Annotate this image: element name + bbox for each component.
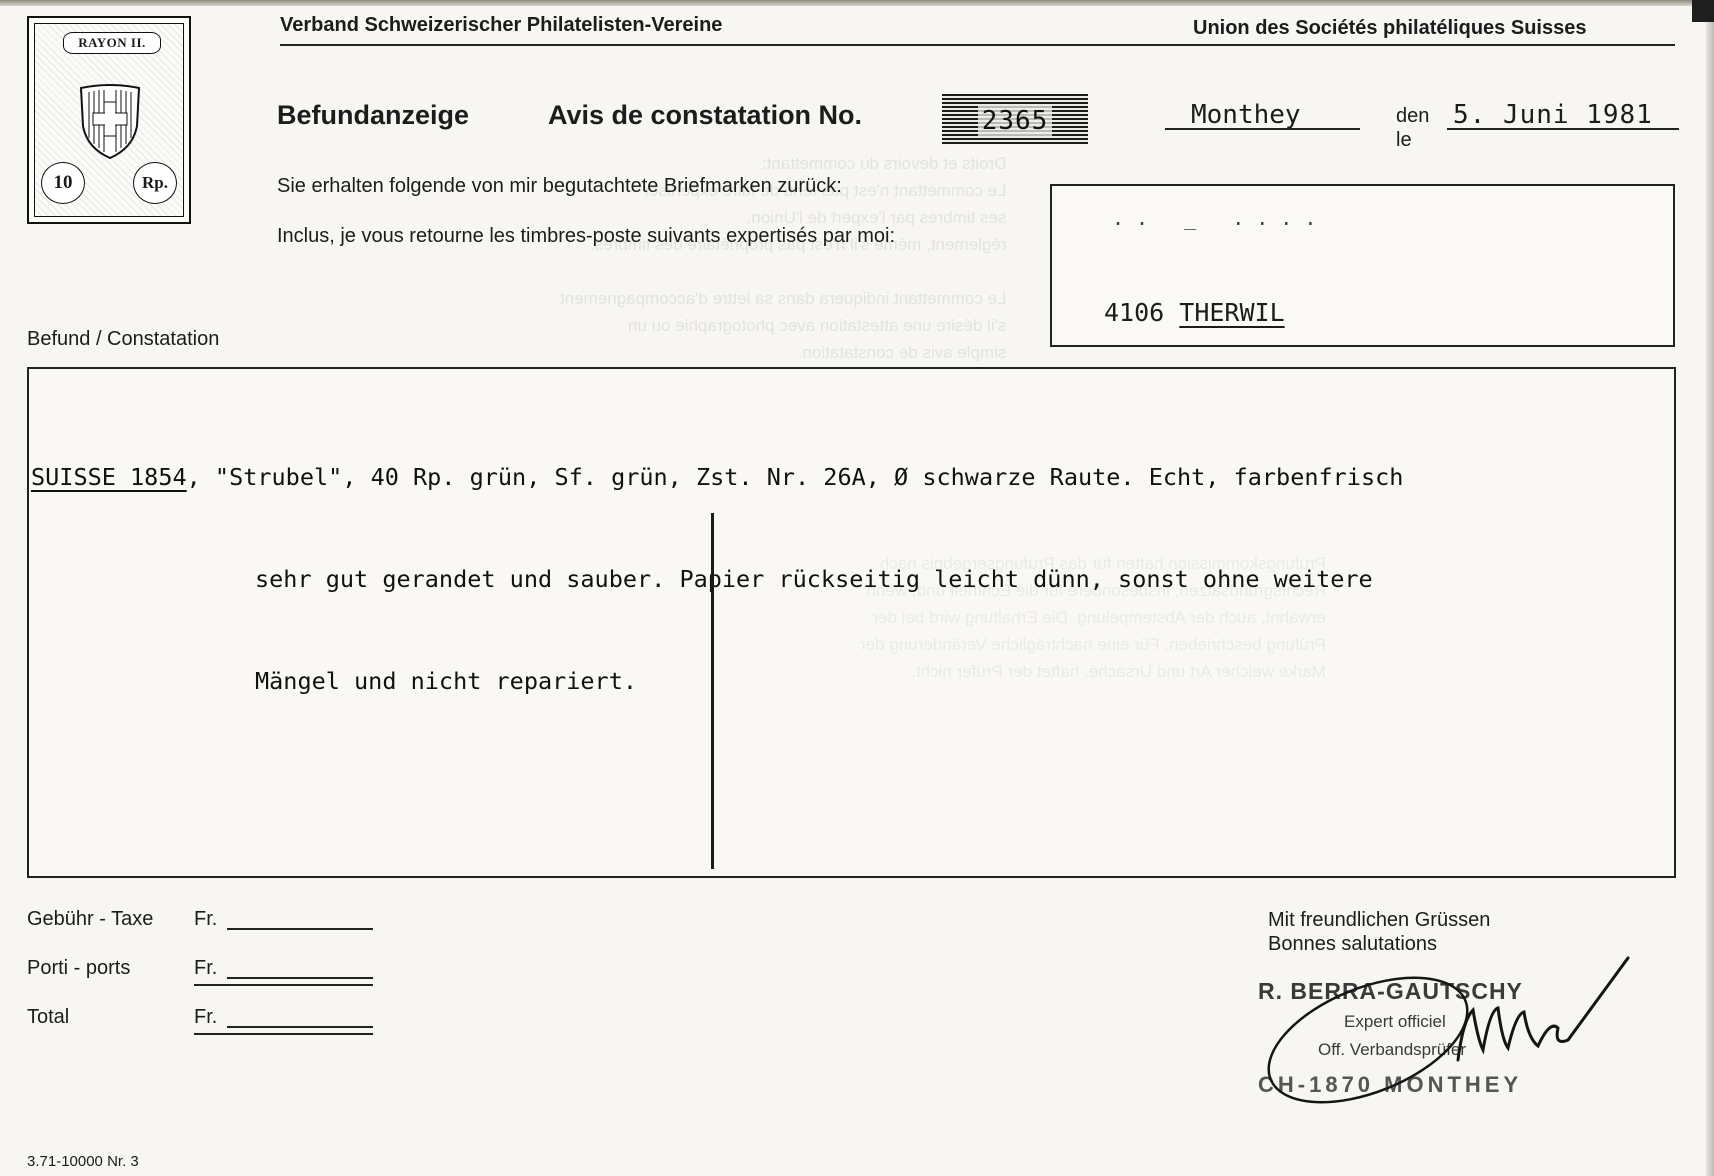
title-de: Befundanzeige [277, 100, 469, 131]
certificate-number: 2365 [942, 106, 1088, 136]
fee-underline [194, 984, 373, 986]
fee-row-taxe: Gebühr - Taxe Fr. [27, 908, 193, 931]
fee-label: Total [27, 1006, 193, 1029]
finding-label: Befund / Constatation [27, 328, 219, 351]
finding-line-3: Mängel und nicht repariert. [31, 664, 1403, 698]
scan-right-edge [1706, 0, 1714, 1176]
greeting-de: Mit freundlichen Grüssen [1268, 909, 1490, 932]
stamp-value-right: Rp. [133, 162, 177, 204]
fee-amount-line [227, 1026, 373, 1028]
fee-label: Gebühr - Taxe [27, 908, 193, 931]
title-fr: Avis de constatation No. [548, 100, 862, 131]
address-town: THERWIL [1179, 298, 1284, 327]
fee-currency: Fr. [194, 1006, 217, 1029]
organization-name-fr: Union des Sociétés philatéliques Suisses [1193, 17, 1586, 40]
intro-text-fr: Inclus, je vous retourne les timbres-pos… [277, 225, 895, 248]
header-divider [280, 44, 1675, 46]
finding-line-2: sehr gut gerandet und sauber. Papier rüc… [31, 562, 1403, 596]
form-code: 3.71-10000 Nr. 3 [27, 1153, 139, 1170]
address-postcode: 4106 [1104, 298, 1164, 327]
finding-line-1: SUISSE 1854, "Strubel", 40 Rp. grün, Sf.… [31, 460, 1403, 494]
fee-row-ports: Porti - ports Fr. [27, 957, 193, 980]
fee-amount-line [227, 928, 373, 930]
recipient-address-box: .. _ .... 4106 THERWIL [1050, 184, 1675, 347]
den-label: den [1396, 105, 1429, 128]
handwritten-signature-icon [1258, 950, 1638, 1110]
fee-amount-line [227, 977, 373, 979]
fee-row-total: Total Fr. [27, 1006, 193, 1029]
fee-currency: Fr. [194, 908, 217, 931]
fee-currency: Fr. [194, 957, 217, 980]
address-city-line: 4106 THERWIL [1104, 298, 1285, 327]
swiss-shield-icon [77, 82, 143, 160]
intro-text-de: Sie erhalten folgende von mir begutachte… [277, 175, 842, 198]
pen-stroke [711, 513, 714, 869]
scan-top-edge [0, 0, 1714, 6]
address-redacted-line: .. _ .... [1112, 206, 1328, 230]
finding-text: SUISSE 1854, "Strubel", 40 Rp. grün, Sf.… [31, 392, 1403, 732]
fee-underline [194, 1033, 373, 1035]
fee-label: Porti - ports [27, 957, 193, 980]
finding-lead: SUISSE 1854 [31, 463, 187, 491]
certificate-number-value: 2365 [978, 106, 1053, 136]
rayon-stamp-illustration: RAYON II. 10 Rp. [27, 16, 191, 224]
scan-corner [1692, 0, 1714, 22]
stamp-value-left: 10 [41, 162, 85, 204]
date-field: 5. Juni 1981 [1447, 100, 1679, 130]
place-field: Monthey [1165, 100, 1360, 130]
le-label: le [1396, 129, 1412, 152]
stamp-banner: RAYON II. [63, 32, 161, 54]
organization-name-de: Verband Schweizerischer Philatelisten-Ve… [280, 14, 722, 37]
finding-line-1-rest: , "Strubel", 40 Rp. grün, Sf. grün, Zst.… [187, 463, 1404, 491]
